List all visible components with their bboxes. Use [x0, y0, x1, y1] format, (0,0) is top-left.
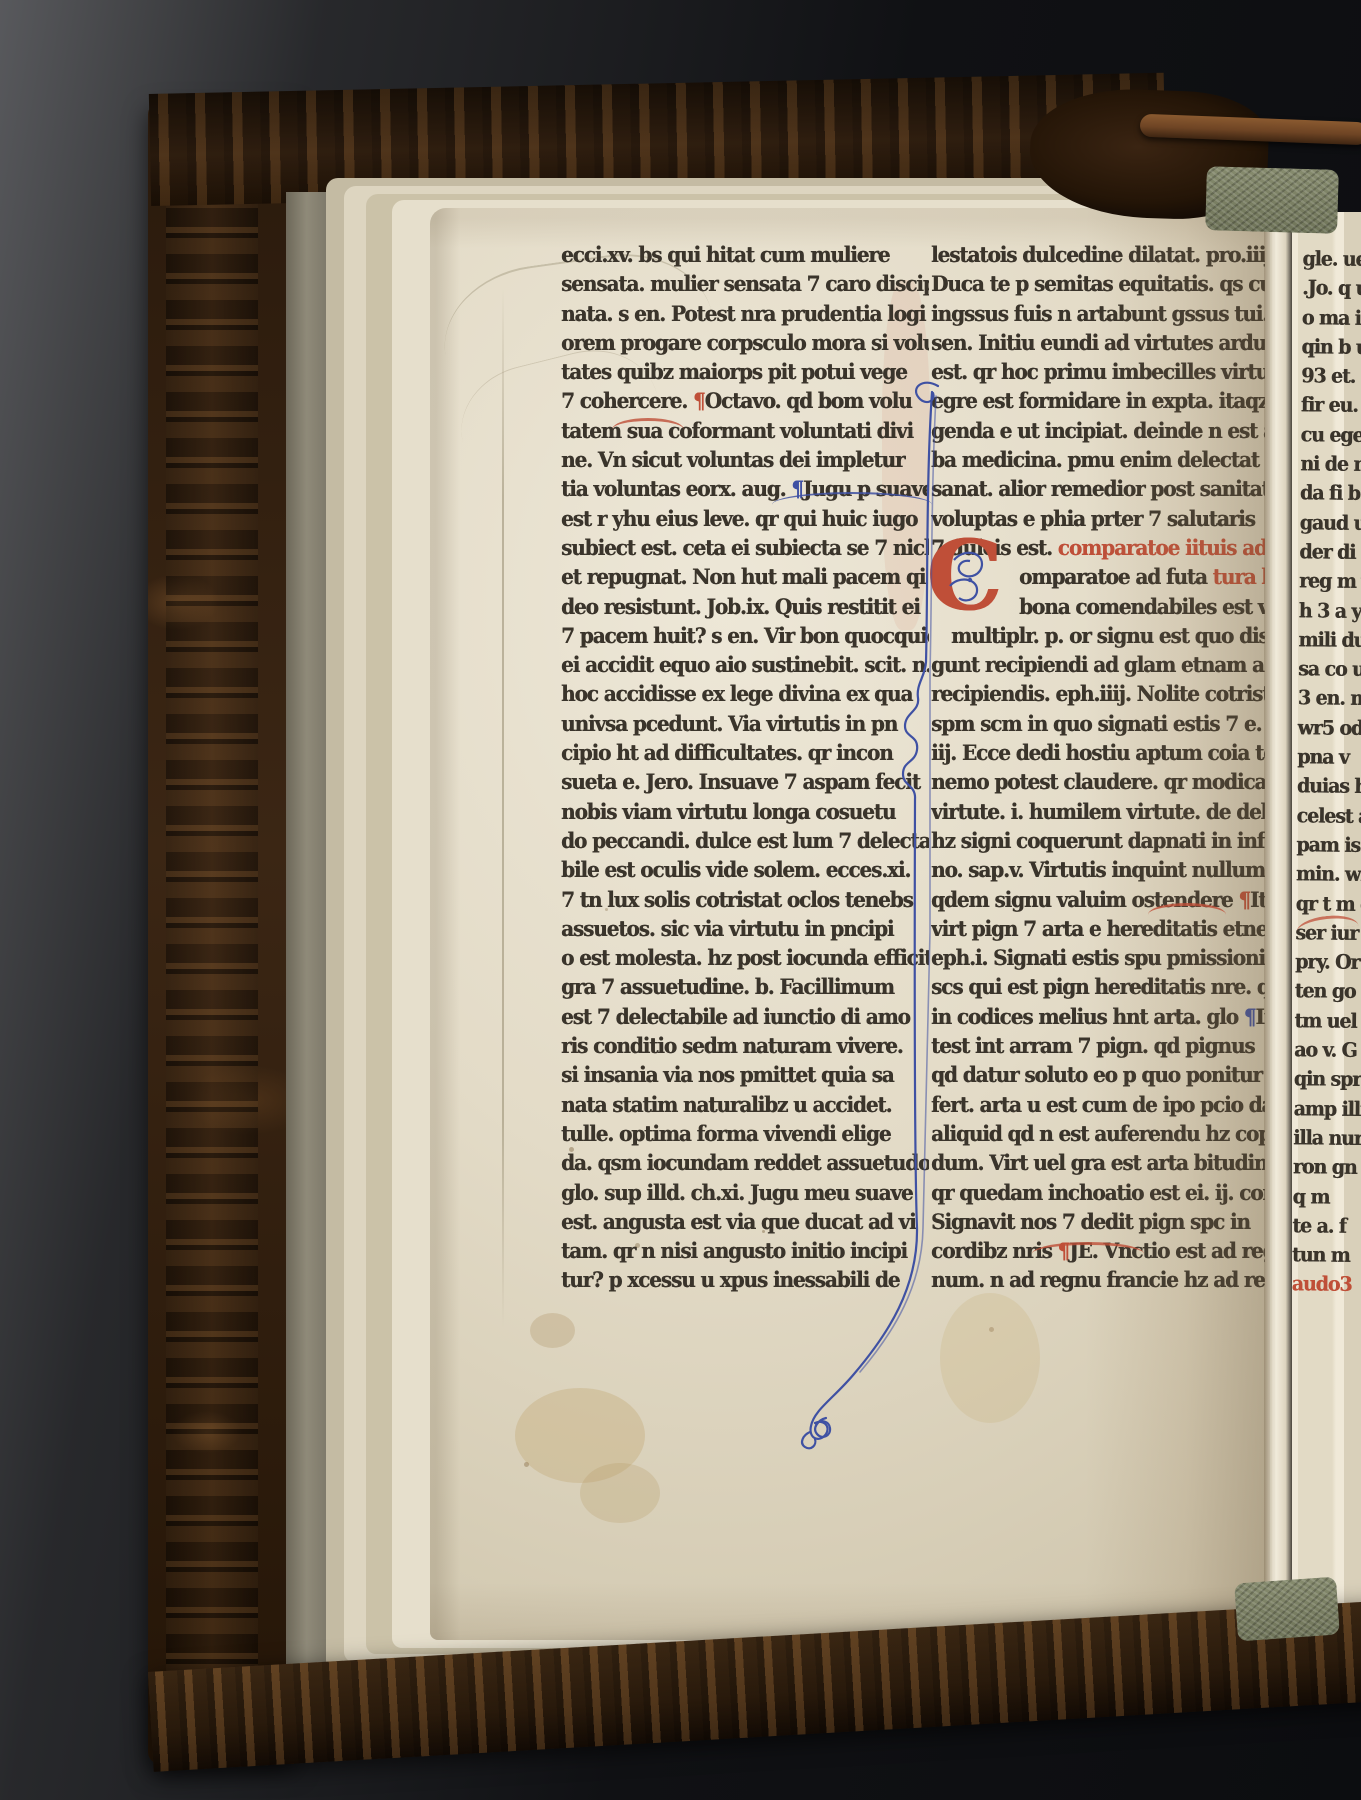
script-text: 93 et. No — [1301, 365, 1361, 389]
facing-page-strip: gle. ue.Jo. q ueo ma ieatqin b ut93 et. … — [1292, 212, 1361, 1604]
page-fore-edge-fold — [1264, 210, 1294, 1608]
script-text: sanat. alior remedior post sanitat — [931, 476, 1265, 501]
script-text: omparatoe ad futa — [1019, 564, 1213, 589]
blue-ink-text: ¶ — [1244, 1004, 1256, 1029]
text-line: 3 en. m — [1298, 687, 1361, 719]
script-text: qd datur soluto eo p quo ponitur au — [931, 1062, 1265, 1087]
script-text: ingssus fuis n artabunt gssus tui. — [931, 301, 1265, 326]
red-ink-text: tura bona. — [1213, 564, 1265, 589]
script-text: genda e ut incipiat. deinde n est ar — [931, 418, 1265, 443]
red-ink-text: ¶ — [693, 388, 705, 413]
script-text: 7 cohercere. — [561, 388, 693, 413]
script-text: q m — [1292, 1185, 1329, 1208]
script-text: num. n ad regnu francie hz ad regna — [931, 1267, 1265, 1292]
text-line: te a. f — [1292, 1214, 1361, 1246]
script-text: qr t m e — [1296, 892, 1361, 916]
text-line: egre est formidare in expta. itaqz — [931, 388, 1265, 419]
script-text: sensata. mulier sensata 7 caro discipli — [561, 271, 929, 296]
text-line: .Jo. q ue — [1302, 277, 1361, 309]
facing-page-text-fragments: gle. ue.Jo. q ueo ma ieatqin b ut93 et. … — [1292, 247, 1361, 1303]
script-text: lestatois dulcedine dilatat. pro.iiij. — [931, 242, 1265, 267]
text-line: sa co un — [1298, 658, 1361, 690]
text-line: nata. s en. Potest nra prudentia logi — [561, 301, 929, 332]
text-line: aliquid qd n est auferendu hz copl — [931, 1121, 1265, 1152]
script-text: est. qr hoc primu imbecilles virtus — [931, 359, 1265, 384]
script-text: celest a q — [1296, 804, 1361, 828]
script-text: spm scm in quo signati estis 7 e. apoc. — [931, 711, 1265, 736]
text-line: audo3 — [1292, 1273, 1361, 1305]
script-text: in codices melius hnt arta. glo — [931, 1004, 1244, 1029]
script-text: virt pign 7 arta e hereditatis etne. — [931, 916, 1265, 941]
red-ink-text: audo3 — [1292, 1273, 1352, 1297]
text-line: 93 et. No — [1301, 365, 1361, 397]
script-text: ba medicina. pmu enim delectat di — [931, 447, 1265, 472]
script-text: cu ege — [1300, 423, 1361, 447]
text-line: in codices melius hnt arta. glo ¶In — [931, 1004, 1265, 1035]
text-line: eph.i. Signati estis spu pmissionis — [931, 945, 1265, 976]
red-ink-text: comparatoe iituis ad fu — [1058, 535, 1265, 560]
script-text: fir eu. u — [1301, 394, 1361, 418]
script-text: ron gn — [1293, 1156, 1357, 1180]
text-line: spm scm in quo signati estis 7 e. apoc. — [931, 711, 1265, 742]
script-text: illa nur — [1293, 1126, 1361, 1150]
script-text: eph.i. Signati estis spu pmissionis — [931, 945, 1265, 970]
text-line: o ma ieat — [1302, 306, 1361, 338]
script-text: dum. Virt uel gra est arta bitudinu — [931, 1150, 1265, 1175]
text-line: ba medicina. pmu enim delectat di — [931, 447, 1265, 478]
text-line: ecci.xv. bs qui hitat cum muliere — [561, 242, 929, 273]
ink-specks — [430, 208, 433, 211]
text-line: tun m — [1292, 1243, 1361, 1275]
text-line: min. wi — [1296, 863, 1361, 895]
parchment-stain — [580, 1463, 660, 1523]
script-text: nemo potest claudere. qr modica hs — [931, 769, 1265, 794]
text-line: ingssus fuis n artabunt gssus tui. — [931, 301, 1265, 332]
script-text: no. sap.v. Virtutis inquint nullum — [931, 857, 1265, 882]
script-text: Duca te p semitas equitatis. qs cu — [931, 271, 1265, 296]
text-line: wr5 od — [1297, 716, 1361, 748]
text-line: iij. Ecce dedi hostiu aptum coia te q — [931, 740, 1265, 771]
text-line: gunt recipiendi ad glam etnam a d — [931, 652, 1265, 683]
text-line: dum. Virt uel gra est arta bitudinu — [931, 1150, 1265, 1181]
text-line: da fi b d — [1300, 482, 1361, 514]
text-line: est. qr hoc primu imbecilles virtus — [931, 359, 1265, 390]
script-text: der di e — [1299, 540, 1361, 564]
script-text: bona comendabiles est virtut — [1019, 594, 1265, 619]
text-line: gaud u r — [1299, 511, 1361, 543]
text-line: virt pign 7 arta e hereditatis etne. — [931, 916, 1265, 947]
blue-filigree-flourish — [766, 372, 976, 1492]
text-line: mili du — [1298, 628, 1361, 660]
text-line: celest a q — [1296, 804, 1361, 836]
script-text: tun m — [1292, 1243, 1350, 1267]
script-text: qr quedam inchoatio est ei. ij. cor.i. — [931, 1180, 1265, 1205]
script-text: sen. Initiu eundi ad virtutes ardui — [931, 330, 1265, 355]
script-text: reg m v.c — [1299, 570, 1361, 594]
text-line: no. sap.v. Virtutis inquint nullum — [931, 857, 1265, 888]
script-text: aliquid qd n est auferendu hz copl — [931, 1121, 1265, 1146]
script-text: qin b ut — [1301, 335, 1361, 359]
text-line: ten go — [1295, 980, 1361, 1012]
text-line: pna v — [1297, 745, 1361, 777]
script-text: nata. s en. Potest nra prudentia logi — [561, 301, 925, 326]
script-text: gle. ue — [1302, 247, 1361, 271]
text-line: scs qui est pign hereditatis nre. qda — [931, 974, 1265, 1005]
text-line: recipiendis. eph.iiij. Nolite cotristar — [931, 681, 1265, 712]
script-text: te a. f — [1292, 1214, 1346, 1238]
text-line: sensata. mulier sensata 7 caro discipli — [561, 271, 929, 302]
script-text: ao v. G — [1294, 1038, 1357, 1062]
script-text: duias h — [1297, 775, 1361, 799]
parchment-stain — [530, 1313, 575, 1348]
text-line: qr quedam inchoatio est ei. ij. cor.i. — [931, 1180, 1265, 1211]
text-line: qin b ut — [1301, 335, 1361, 367]
text-line: illa nur — [1293, 1126, 1361, 1158]
script-text: tm uel — [1294, 1009, 1356, 1033]
manuscript-photograph: ecci.xv. bs qui hitat cum mulieresensata… — [0, 0, 1361, 1800]
text-line: ni de m — [1300, 452, 1361, 484]
text-line: ron gn — [1293, 1156, 1361, 1188]
script-text: wr5 od — [1297, 716, 1361, 740]
text-line: tm uel — [1294, 1009, 1361, 1041]
green-headband-cloth — [1205, 166, 1339, 234]
script-text: Ite — [1250, 887, 1265, 912]
text-line: qd datur soluto eo p quo ponitur au — [931, 1062, 1265, 1093]
text-line: amp illi — [1293, 1097, 1361, 1129]
script-text: min. wi — [1296, 863, 1361, 887]
text-line: pry. Or — [1295, 950, 1361, 982]
script-text: sa co un — [1298, 658, 1361, 682]
script-text: mili du — [1298, 628, 1361, 652]
script-text: recipiendis. eph.iiij. Nolite cotristar — [931, 681, 1265, 706]
script-text: ni de m — [1300, 452, 1361, 476]
text-line: genda e ut incipiat. deinde n est ar — [931, 418, 1265, 449]
script-text: scs qui est pign hereditatis nre. qda — [931, 974, 1265, 999]
text-line: h 3 a yv — [1299, 599, 1361, 631]
text-line: der di e — [1299, 540, 1361, 572]
script-text: ten go — [1295, 980, 1356, 1004]
text-line: lestatois dulcedine dilatat. pro.iiij. — [931, 242, 1265, 273]
script-text: Signavit nos 7 dedit pign spc in — [931, 1209, 1250, 1234]
text-line: qin spr — [1294, 1068, 1361, 1100]
script-text: pna v — [1297, 745, 1349, 769]
text-line: sen. Initiu eundi ad virtutes ardui — [931, 330, 1265, 361]
script-text: pam is 7 — [1296, 833, 1361, 857]
script-text: pry. Or — [1295, 950, 1359, 974]
text-line: orem progare corpsculo mora si volup — [561, 330, 929, 361]
script-text: ecci.xv. bs qui hitat cum muliere — [561, 242, 889, 267]
text-line: q m — [1292, 1185, 1361, 1217]
text-line: ao v. G — [1294, 1038, 1361, 1070]
text-line: Signavit nos 7 dedit pign spc in — [931, 1209, 1265, 1240]
text-column-right: lestatois dulcedine dilatat. pro.iiij.Du… — [931, 242, 1265, 1317]
green-tailband-cloth — [1234, 1577, 1340, 1642]
text-line: fir eu. u — [1301, 394, 1361, 426]
script-text: fert. arta u est cum de ipo pcio dat — [931, 1092, 1265, 1117]
tooled-border-pattern-left — [166, 150, 258, 1710]
script-text: virtute. i. humilem virtute. de debi — [931, 799, 1265, 824]
script-text: o ma ieat — [1302, 306, 1361, 330]
script-text: h 3 a yv — [1299, 599, 1361, 623]
script-text: egre est formidare in expta. itaqz — [931, 388, 1265, 413]
text-line: pam is 7 — [1296, 833, 1361, 865]
red-ink-text: ¶ — [1238, 887, 1250, 912]
script-text: gunt recipiendi ad glam etnam a d — [931, 652, 1265, 677]
text-line: fert. arta u est cum de ipo pcio dat — [931, 1092, 1265, 1123]
text-line: gle. ue — [1302, 247, 1361, 279]
script-text: orem progare corpsculo mora si volup — [561, 330, 929, 355]
script-text: amp illi — [1293, 1097, 1361, 1121]
text-line: hz signi coquerunt dapnati in infer — [931, 828, 1265, 859]
script-text: test int arram 7 pign. qd pignus — [931, 1033, 1254, 1058]
text-line: Duca te p semitas equitatis. qs cu — [931, 271, 1265, 302]
script-text: tia voluntas eorx. aug. — [561, 476, 791, 501]
script-text: qin spr — [1294, 1068, 1361, 1092]
script-text: 3 en. m — [1298, 687, 1361, 711]
text-line: virtute. i. humilem virtute. de debi — [931, 799, 1265, 830]
script-text: .Jo. q ue — [1302, 277, 1361, 301]
text-line: sanat. alior remedior post sanitat — [931, 476, 1265, 507]
text-line: cu ege — [1300, 423, 1361, 455]
script-text: hz signi coquerunt dapnati in infer — [931, 828, 1265, 853]
text-line: duias h — [1297, 775, 1361, 807]
script-text: gaud u r — [1300, 511, 1361, 535]
script-text: iij. Ecce dedi hostiu aptum coia te q — [931, 740, 1265, 765]
text-line: test int arram 7 pign. qd pignus — [931, 1033, 1265, 1064]
text-line: reg m v.c — [1299, 570, 1361, 602]
text-line: nemo potest claudere. qr modica hs — [931, 769, 1265, 800]
script-text: da fi b d — [1300, 482, 1361, 506]
